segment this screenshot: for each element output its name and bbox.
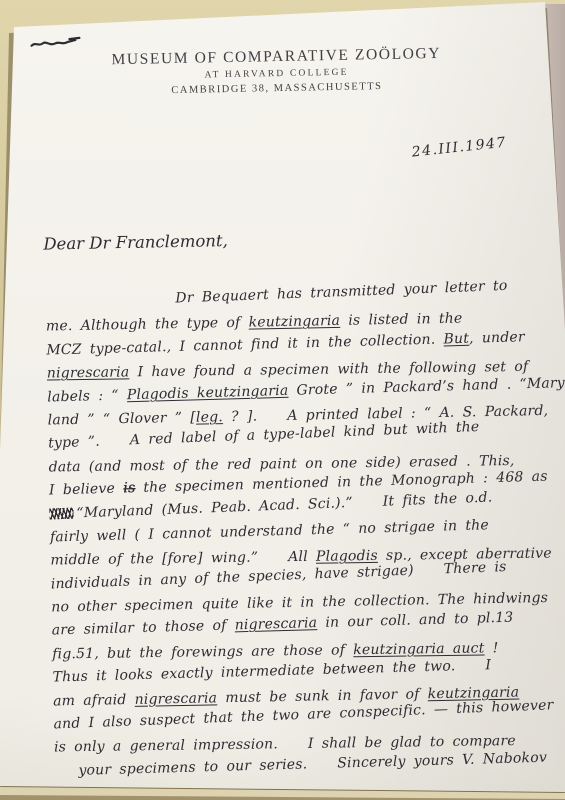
handwritten-text: am afraid — [53, 692, 135, 710]
handwritten-text: Dr Bequaert has transmitted your letter … — [175, 278, 508, 307]
letter-body: Dr Bequaert has transmitted your letter … — [45, 283, 565, 784]
salutation: Dear Dr Franclemont, — [43, 231, 228, 254]
handwritten-text: Grote ” in Packard’s hand . “Mary- — [288, 374, 565, 398]
handwritten-text: is listed in the — [340, 311, 463, 329]
letter-paper: MUSEUM OF COMPARATIVE ZOÖLOGY AT HARVARD… — [0, 0, 565, 800]
underlined-word: But — [443, 331, 469, 348]
letterhead: MUSEUM OF COMPARATIVE ZOÖLOGY AT HARVARD… — [0, 43, 559, 100]
underlined-word: nigrescaria — [234, 616, 317, 634]
handwritten-text: There is — [443, 559, 506, 577]
handwritten-text: type ”. — [48, 434, 100, 452]
crossed-out-word — [49, 507, 73, 519]
handwritten-text: is — [123, 480, 136, 496]
handwritten-text: in our coll. and to pl.13 — [317, 610, 514, 631]
ink-squiggle-mark — [29, 34, 83, 51]
letter-content: MUSEUM OF COMPARATIVE ZOÖLOGY AT HARVARD… — [0, 0, 565, 800]
handwritten-text: land ” “ Glover ” [ — [48, 410, 197, 429]
underlined-word: keutzingaria — [248, 313, 340, 331]
underlined-word: nigrescaria — [47, 365, 130, 382]
handwritten-text: ? ]. — [223, 408, 258, 425]
letter-photo: MUSEUM OF COMPARATIVE ZOÖLOGY AT HARVARD… — [0, 0, 565, 800]
underlined-word: nigrescaria — [134, 690, 217, 708]
handwritten-text: , under — [469, 329, 525, 347]
handwritten-text: I — [485, 657, 491, 673]
date: 24.III.1947 — [411, 135, 508, 161]
underlined-word: leg. — [196, 409, 223, 426]
handwritten-text: is only a general impression. — [54, 737, 278, 756]
handwritten-text: labels : “ — [47, 387, 127, 405]
handwritten-text: It fits the o.d. — [382, 489, 492, 509]
handwritten-text: me. Although the type of — [46, 315, 249, 335]
handwritten-text: are similar to those of — [52, 618, 235, 639]
handwritten-text: I believe — [49, 481, 124, 499]
handwritten-text: Sincerely yours V. Nabokov — [337, 750, 547, 772]
handwritten-text: your specimens to our series. — [78, 756, 307, 778]
underlined-word: Plagodis keutzingaria — [127, 382, 289, 403]
